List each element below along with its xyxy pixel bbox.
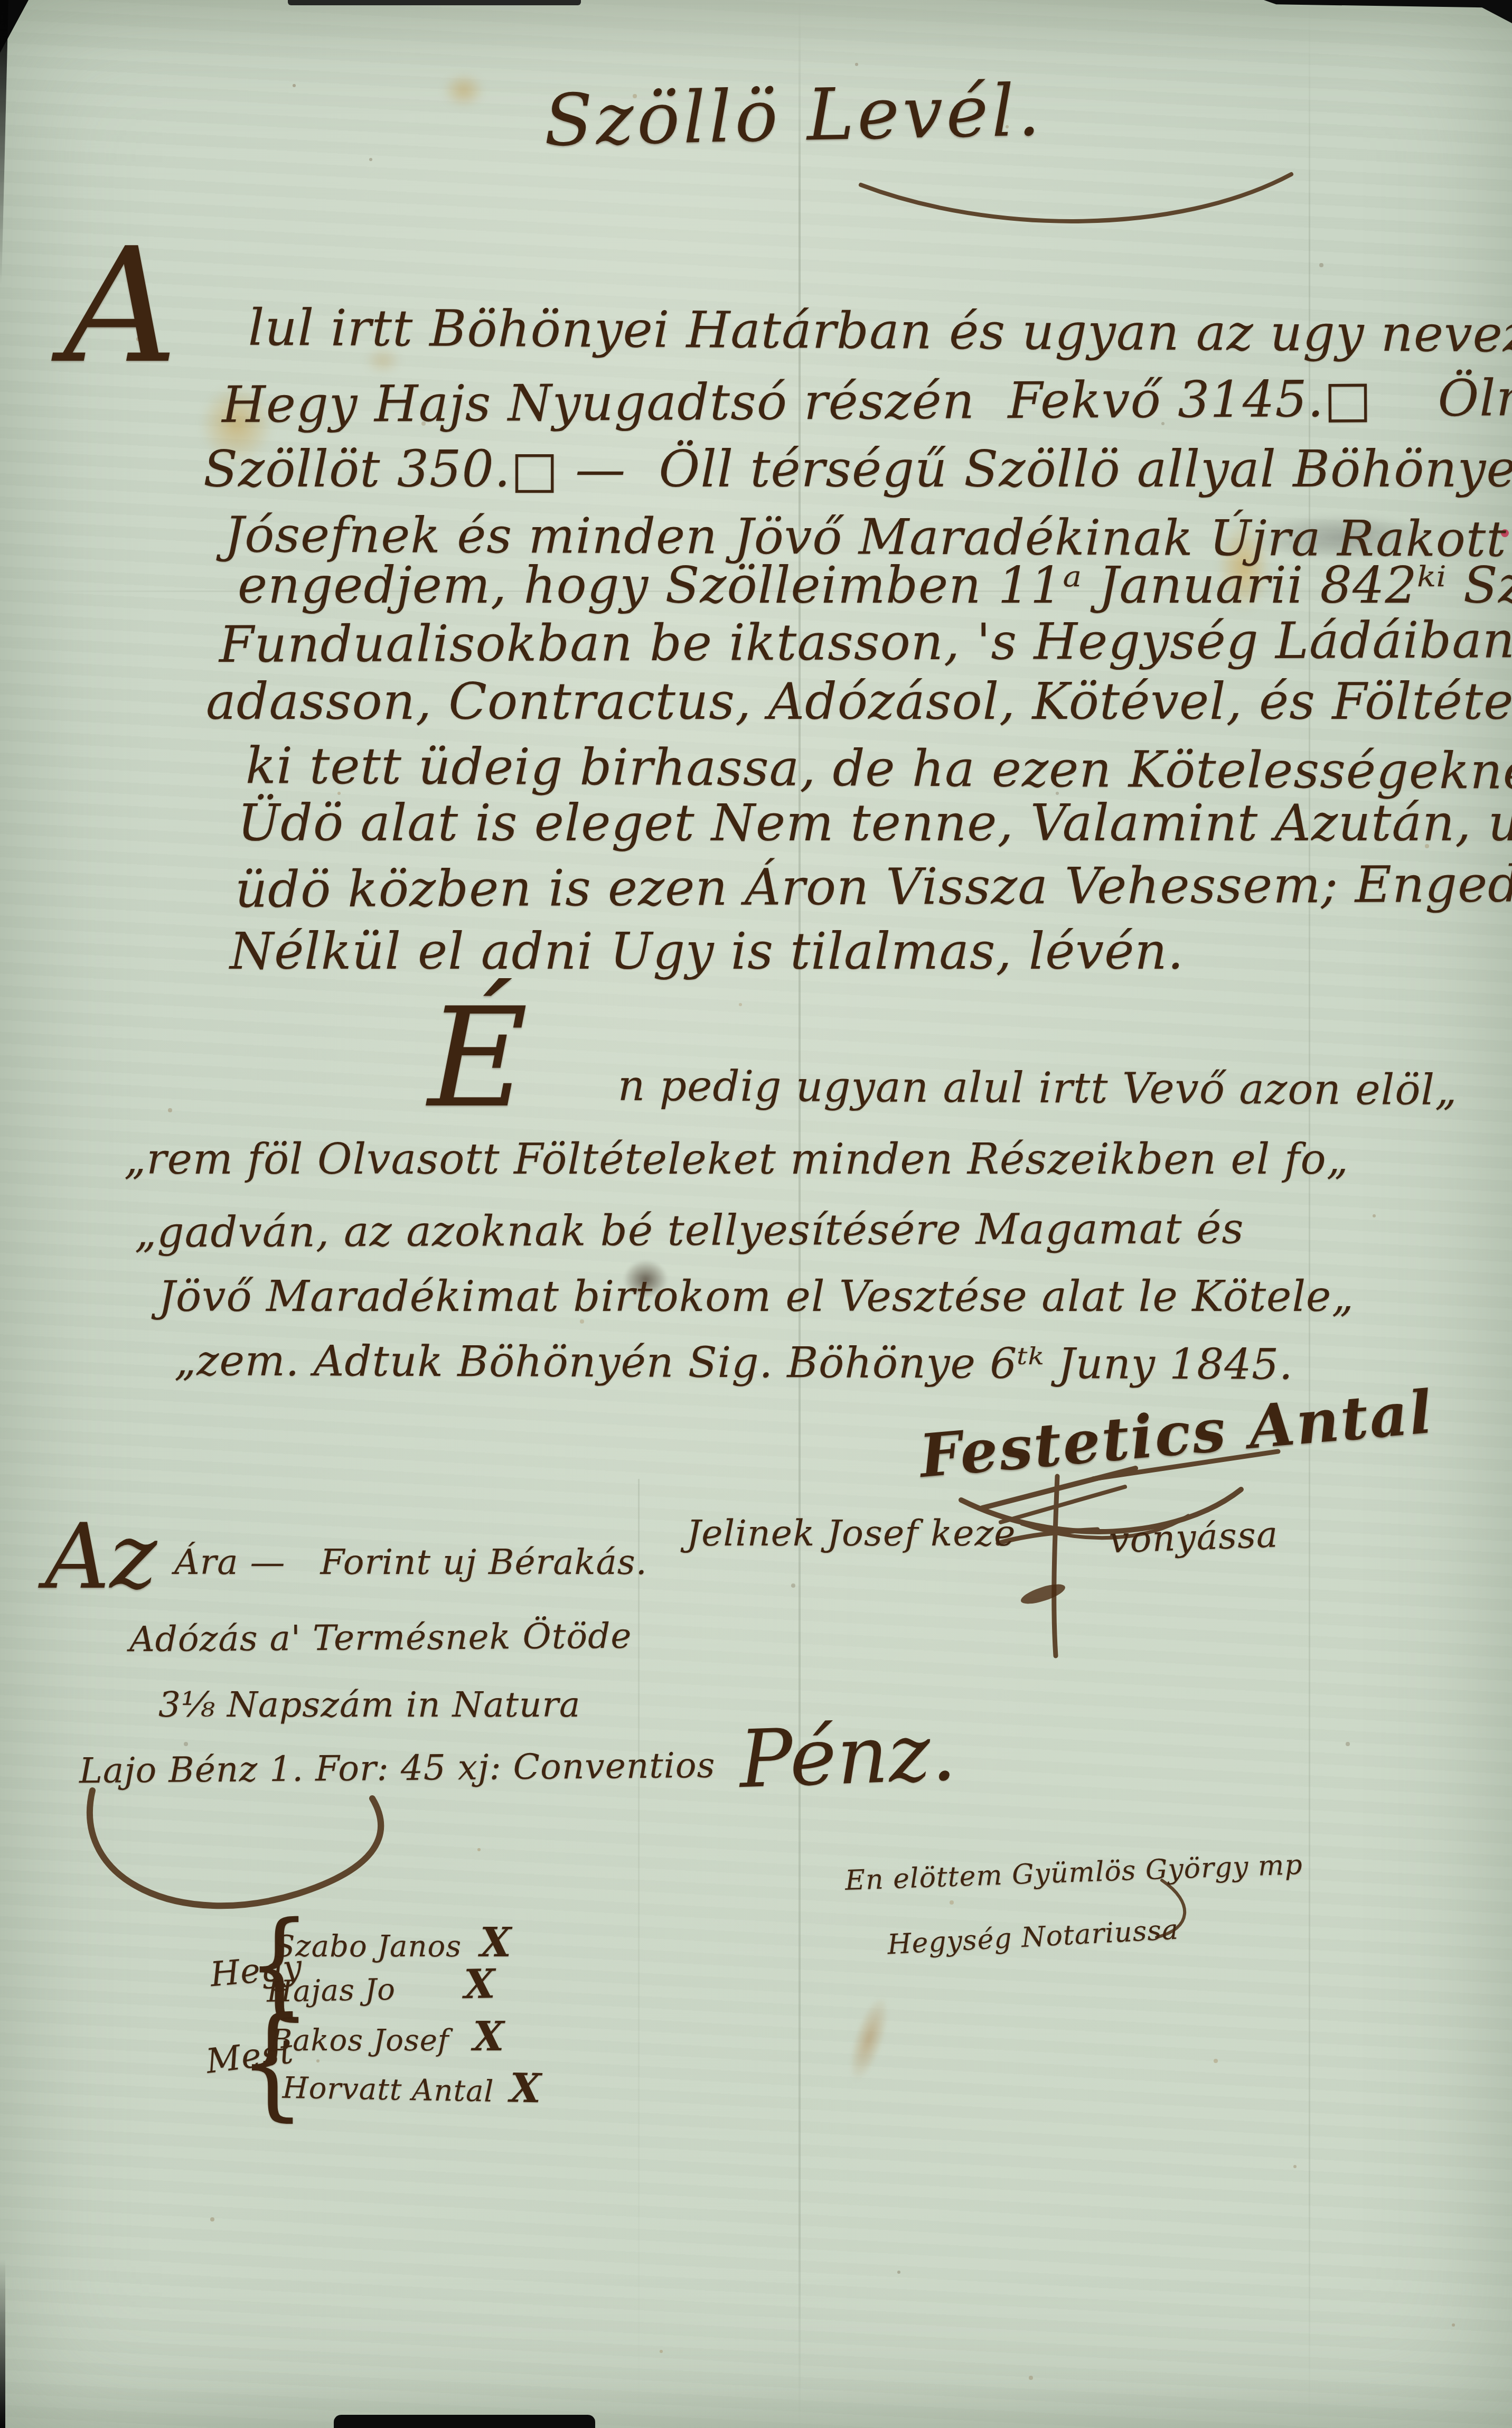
witness-brace-bottom: { [239,1992,306,2133]
price-line: 3⅛ Napszám in Natura [158,1688,580,1722]
witness-x-mark: X [473,2013,505,2060]
paragraph1-line: lul irtt Böhönyei Határban és ugyan az u… [248,303,1512,362]
price-line: Ára — Forint uj Bérakás. [174,1545,647,1580]
cross-mark-base [1019,1580,1067,1608]
paragraph1-line: Üdö alat is eleget Nem tenne, Valamint A… [238,799,1512,849]
price-line-flourished-word: Pénz. [738,1713,958,1799]
paper-streak [841,1992,897,2086]
document-title: Szöllö Levél. [543,69,1044,162]
paragraph1-line: adasson, Contractus, Adózásol, Kötével, … [206,677,1512,727]
paragraph1-line: Fundualisokban be iktasson, 's Hegység L… [219,615,1512,670]
witness-row: Horvatt AntalX [282,2064,542,2109]
title-underline-flourish [861,174,1291,221]
paragraph2-line-dateline: „zem. Adtuk Böhönyén Sig. Böhönye 6ᵗᵏ Ju… [174,1339,1293,1385]
witness-x-mark: X [464,1960,496,2008]
scan-edge-bottom-left [0,2259,5,2428]
paragraph1-drop-initial: A [63,243,178,370]
paragraph2-drop-initial: É [428,1004,528,1113]
price-block-initial: Az [45,1521,157,1593]
paper-stain [443,73,485,108]
fold-crease [638,1479,640,2428]
paragraph1-line: ki tett üdeig birhassa, de ha ezen Kötel… [246,741,1512,798]
scan-edge-top [288,0,581,5]
buyer-mark-label-before: Jelinek Josef keze [687,1516,1016,1552]
seller-signature: Festetics Antal [917,1377,1436,1492]
witness-row: Szabo JanosX [275,1923,512,1963]
paragraph1-line: Szöllöt 350.□ — Öll térségű Szöllö allya… [203,445,1512,495]
witness-name: Horvatt Antal [282,2071,494,2109]
price-line: Lajo Bénz 1. For: 45 xj: Conventios [79,1748,716,1789]
fold-crease [1309,0,1310,2428]
manuscript-page: Szöllö Levél. A lul irtt Böhönyei Határb… [0,0,1512,2428]
scan-edge-left [0,0,8,285]
witness-row: Hajas JoX [266,1964,496,2008]
paragraph1-line: üdö közben is ezen Áron Vissza Vehessem;… [235,859,1512,915]
buyer-mark-label-after: vonyássa [1109,1517,1279,1559]
witness-name: Szabo Janos [275,1929,462,1964]
witness-name: Bakos Josef [270,2023,449,2058]
paragraph2-line: „gadván, az azoknak bé tellyesítésére Ma… [135,1207,1244,1253]
notary-line: Hegység Notariussa [887,1916,1179,1959]
notary-line: En elöttem Gyümlös György mp [844,1851,1303,1895]
price-line-flourish [90,1790,381,1906]
paragraph1-line: Nélkül el adni Ugy is tilalmas, lévén. [230,927,1184,977]
paragraph1-line: Hegy Hajs Nyugadtsó részén Fekvő 3145.□ … [222,372,1512,430]
paragraph2-line: n pedig ugyan alul irtt Vevő azon elöl„ [618,1065,1458,1111]
price-line: Adózás a' Termésnek Ötöde [129,1619,632,1657]
scan-edge-bottom [334,2415,595,2428]
cross-mark-icon [982,1468,1135,1656]
paragraph2-line: Jövő Maradékimat birtokom el Vesztése al… [158,1276,1354,1318]
paragraph2-line: „rem föl Olvasott Föltételeket minden Ré… [124,1138,1349,1180]
witness-name: Hajas Jo [267,1973,396,2009]
witness-row: Bakos JosefX [270,2017,504,2057]
witness-x-mark: X [480,1919,512,1966]
paragraph1-line: engedjem, hogy Szölleimben 11ᵃ Januarii … [238,561,1512,611]
witness-x-mark: X [510,2064,542,2112]
